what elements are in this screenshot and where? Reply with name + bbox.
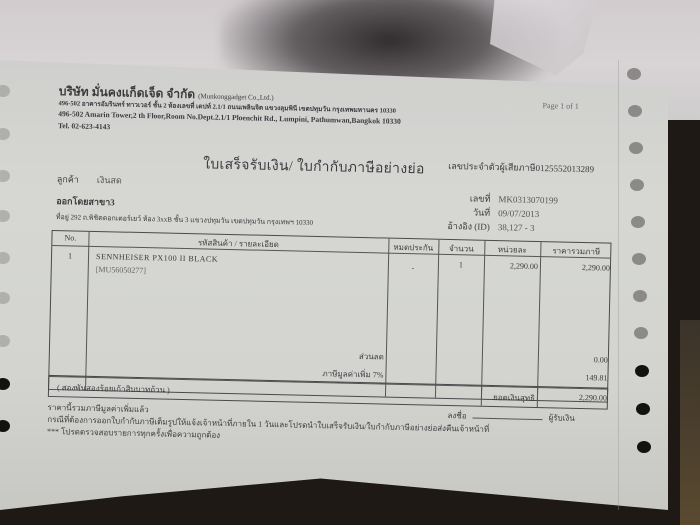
tractor-holes-left xyxy=(0,60,22,500)
row-item-name: SENNHEISER PX100 II BLACK xyxy=(96,252,218,264)
row-total: 2,290.00 xyxy=(540,262,610,273)
header-description: รหัสสินค้า / รายละเอียด xyxy=(88,234,388,254)
tax-id-label: เลขประจำตัวผู้เสียภาษี xyxy=(448,161,536,173)
net-label: ยอดเงินสุทธิ xyxy=(481,391,535,405)
row-qty: 1 xyxy=(438,260,484,270)
document-meta: เลขที่MK0313070199 วันที่09/07/2013 อ้าง… xyxy=(422,190,558,235)
row-no: 1 xyxy=(52,251,88,261)
header-qty: จำนวน xyxy=(438,242,484,256)
company-name-en: (Munkonggadget Co.,Ltd.) xyxy=(198,92,274,102)
desk-edge xyxy=(680,320,700,525)
issued-by-branch: ออกโดยสาขา3 xyxy=(56,194,115,209)
amount-in-words: ( สองพันสองร้อยเก้าสิบบาทถ้วน ) xyxy=(57,381,170,397)
customer-label: ลูกค้า xyxy=(57,174,79,184)
tractor-holes-right xyxy=(618,60,659,510)
tax-id: เลขประจำตัวผู้เสียภาษี0125552013289 xyxy=(448,159,594,176)
document-title: ใบเสร็จรับเงิน/ ใบกำกับภาษีอย่างย่อ xyxy=(203,153,425,180)
customer-address: ที่อยู่ 292 ถ.พิชิตดอกเตอร์เยว์ ห้อง 3xx… xyxy=(56,212,313,229)
header-total: ราคารวมภาษี xyxy=(540,244,612,259)
tax-id-value: 0125552013289 xyxy=(535,163,594,174)
row-item-code: [MU56050277] xyxy=(96,265,146,275)
header-no: No. xyxy=(52,233,88,243)
vat-value: 149.81 xyxy=(537,372,607,383)
receipt: บริษัท มั่นคงแก็ดเจ็ด จำกัด (Munkonggadg… xyxy=(46,82,614,475)
discount-label: ส่วนลด xyxy=(264,348,384,364)
photo-scene: บริษัท มั่นคงแก็ดเจ็ด จำกัด (Munkonggadg… xyxy=(0,0,700,525)
header-unit-price: หน่วยละ xyxy=(484,243,540,257)
footer-notes: ราคานี้รวมภาษีมูลค่าเพิ่มแล้ว กรณีที่ต้อ… xyxy=(47,402,490,448)
discount-value: 0.00 xyxy=(538,354,608,365)
meta-reference: อ้างอิง (ID)38,127 - 3 xyxy=(422,218,558,235)
net-value: 2,290.00 xyxy=(537,392,607,403)
vat-label: ภาษีมูลค่าเพิ่ม 7% xyxy=(263,366,383,382)
customer-value: เงินสด xyxy=(97,175,122,186)
signature-role: ผู้รับเงิน xyxy=(548,413,574,423)
company-tel: Tel. 02-623-4143 xyxy=(58,121,110,131)
row-unit-price: 2,290.00 xyxy=(484,261,538,271)
row-warranty: - xyxy=(388,263,438,273)
page-indicator: Page 1 of 1 xyxy=(542,101,578,111)
customer: ลูกค้าเงินสด xyxy=(57,172,122,187)
header-warranty: หมดประกัน xyxy=(388,241,438,255)
